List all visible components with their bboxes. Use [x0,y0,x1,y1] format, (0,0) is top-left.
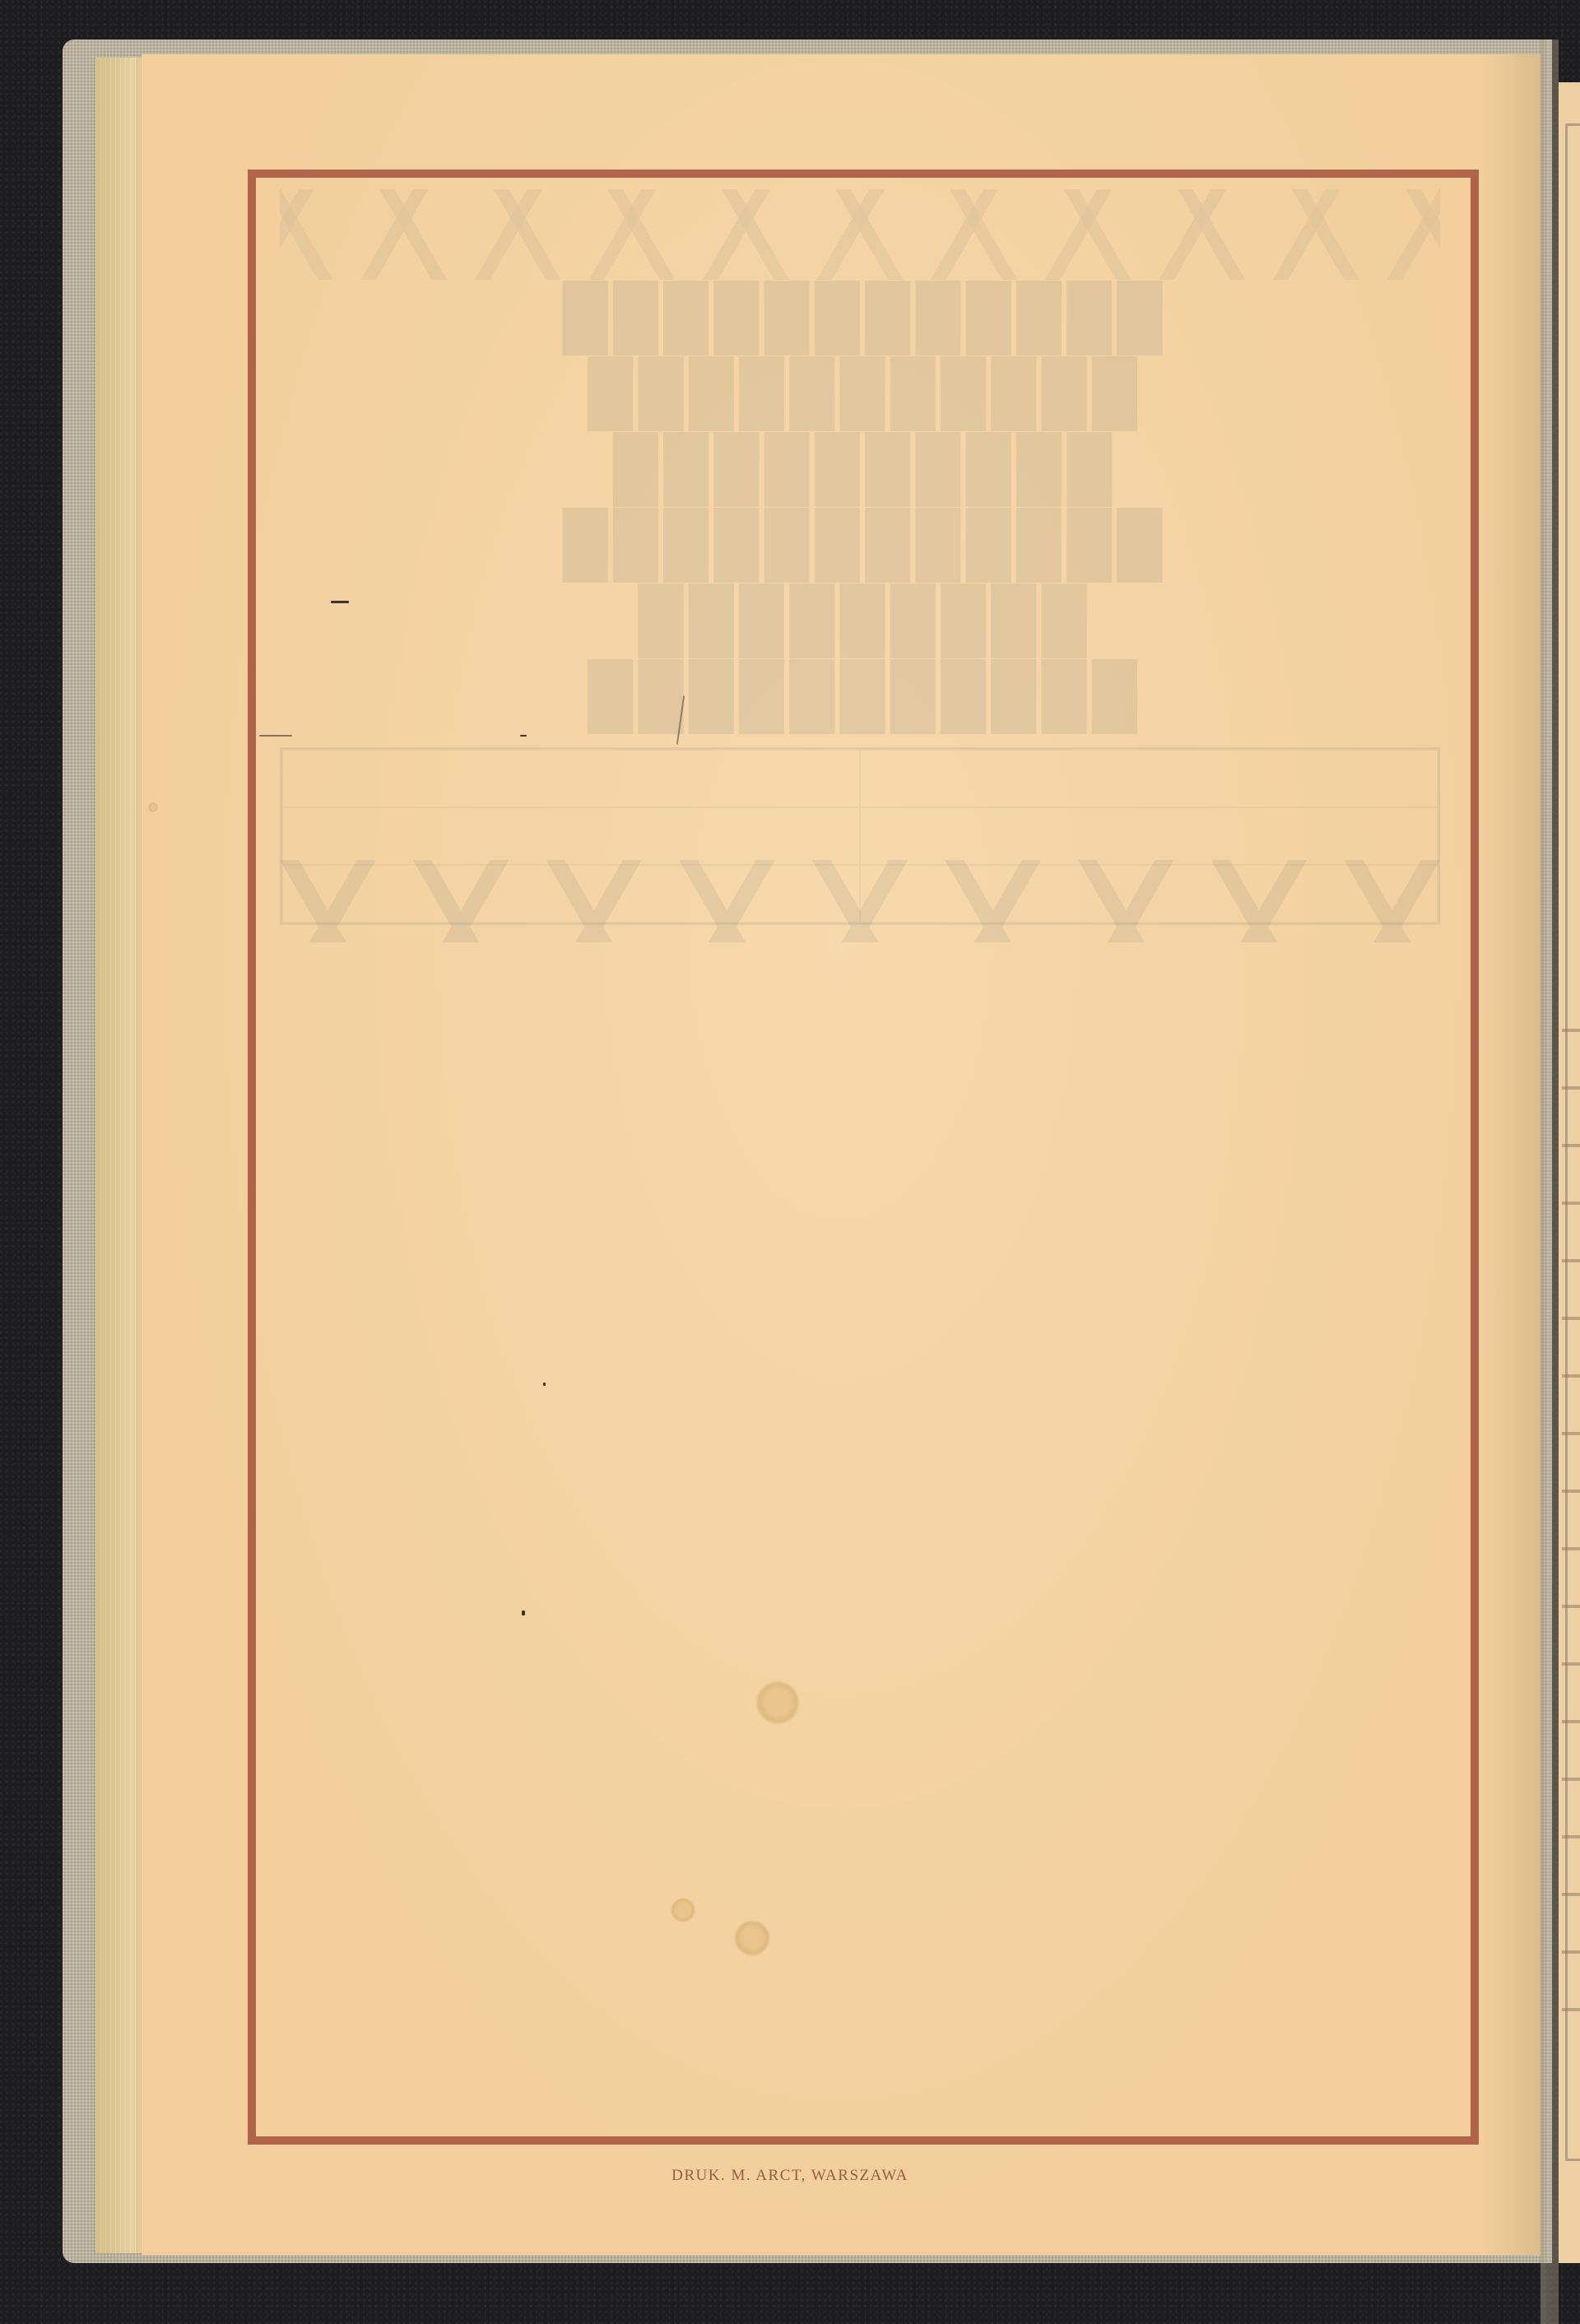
page-block-edges [95,58,143,2253]
adjacent-page-handwriting [1562,1004,1580,2041]
printed-border-frame [248,170,1479,2145]
foxing-stain [734,1920,770,1956]
foxing-stain [755,1680,800,1725]
printer-imprint: DRUK. M. ARCT, WARSZAWA [0,2167,1580,2185]
ink-speck [331,601,349,603]
ink-speck [520,735,527,737]
ink-speck [259,735,292,737]
foxing-stain [671,1898,695,1922]
foxing-stain [148,802,158,812]
ink-speck [543,1383,546,1386]
ink-speck [522,1611,525,1615]
gutter-fold [1540,40,1559,2324]
